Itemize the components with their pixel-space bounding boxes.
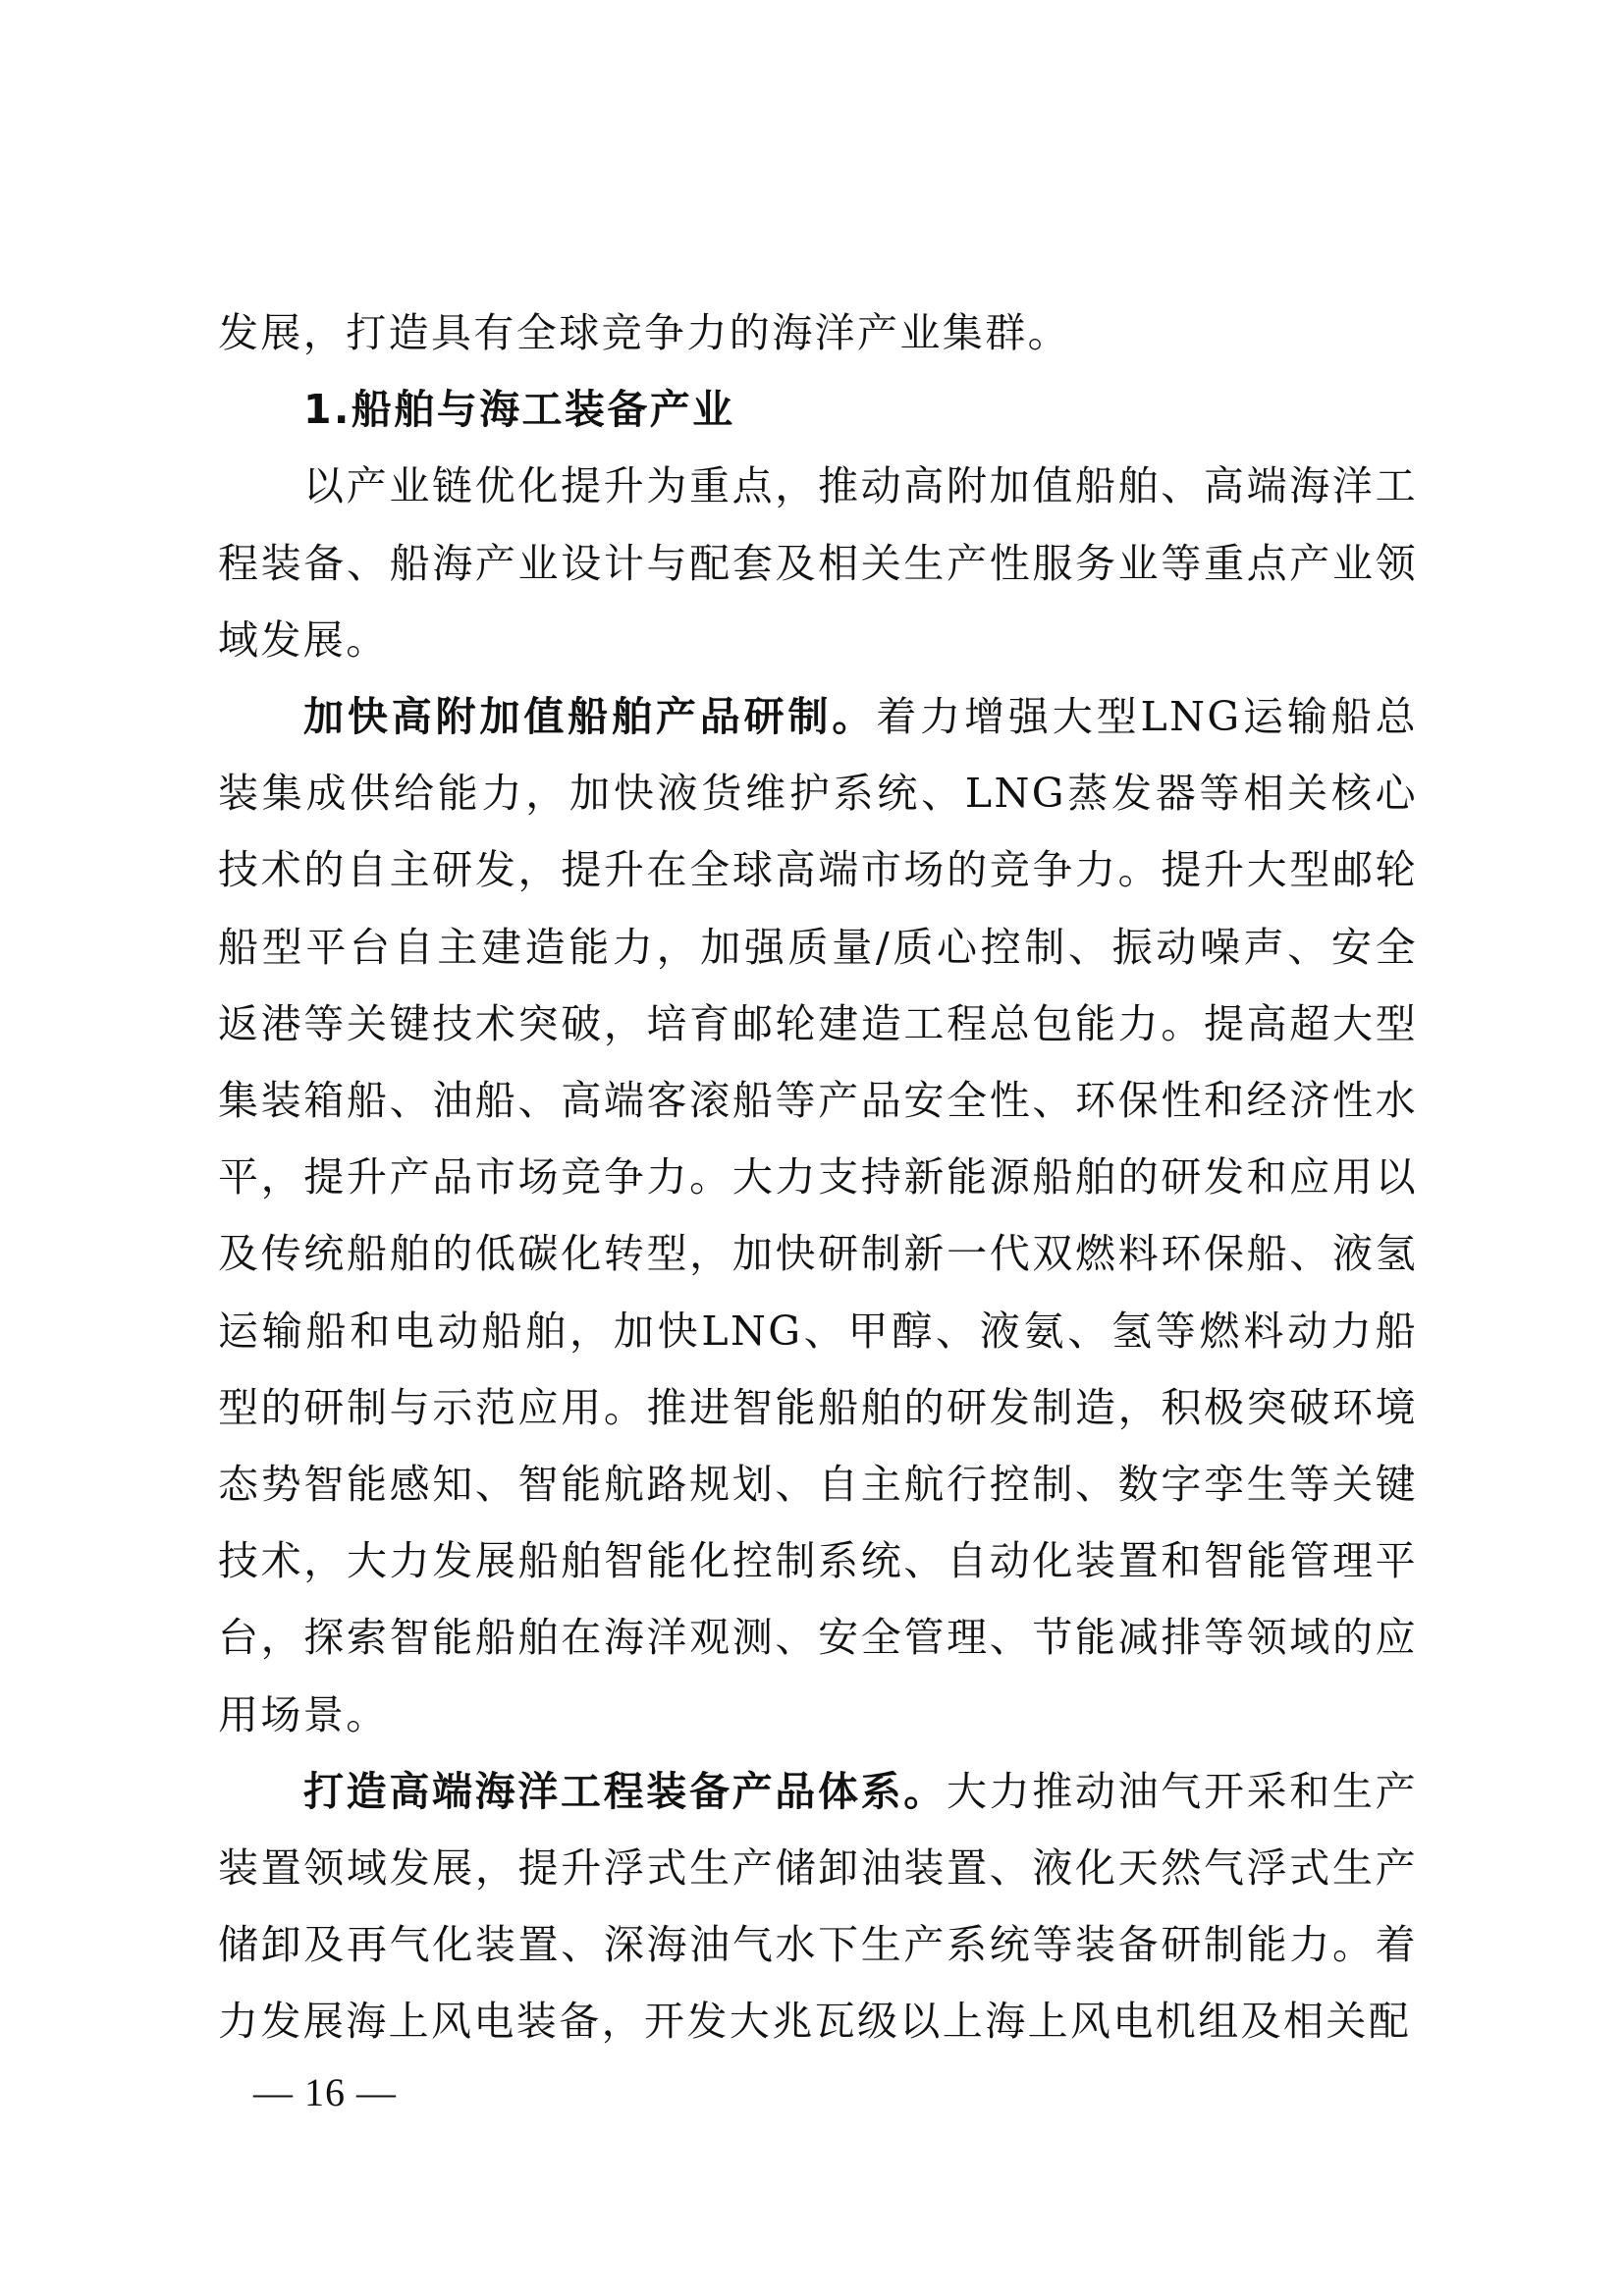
- paragraph-lead: 加快高附加值船舶产品研制。: [303, 693, 876, 740]
- paragraph-lead: 打造高端海洋工程装备产品体系。: [303, 1768, 947, 1815]
- body-text: 发展，打造具有全球竞争力的海洋产业集群。 1.船舶与海工装备产业 以产业链优化提…: [218, 294, 1418, 2060]
- document-page: 发展，打造具有全球竞争力的海洋产业集群。 1.船舶与海工装备产业 以产业链优化提…: [0, 0, 1624, 2296]
- offshore-equipment-paragraph: 打造高端海洋工程装备产品体系。大力推动油气开采和生产装置领域发展，提升浮式生产储…: [218, 1753, 1418, 2060]
- section-heading: 1.船舶与海工装备产业: [218, 371, 1418, 448]
- ship-products-paragraph: 加快高附加值船舶产品研制。着力增强大型LNG运输船总装集成供给能力，加快液货维护…: [218, 678, 1418, 1753]
- paragraph-body: 着力增强大型LNG运输船总装集成供给能力，加快液货维护系统、LNG蒸发器等相关核…: [218, 693, 1418, 1738]
- intro-paragraph: 以产业链优化提升为重点，推动高附加值船舶、高端海洋工程装备、船海产业设计与配套及…: [218, 448, 1418, 678]
- page-number: — 16 —: [253, 2069, 397, 2115]
- continuation-paragraph: 发展，打造具有全球竞争力的海洋产业集群。: [218, 294, 1418, 371]
